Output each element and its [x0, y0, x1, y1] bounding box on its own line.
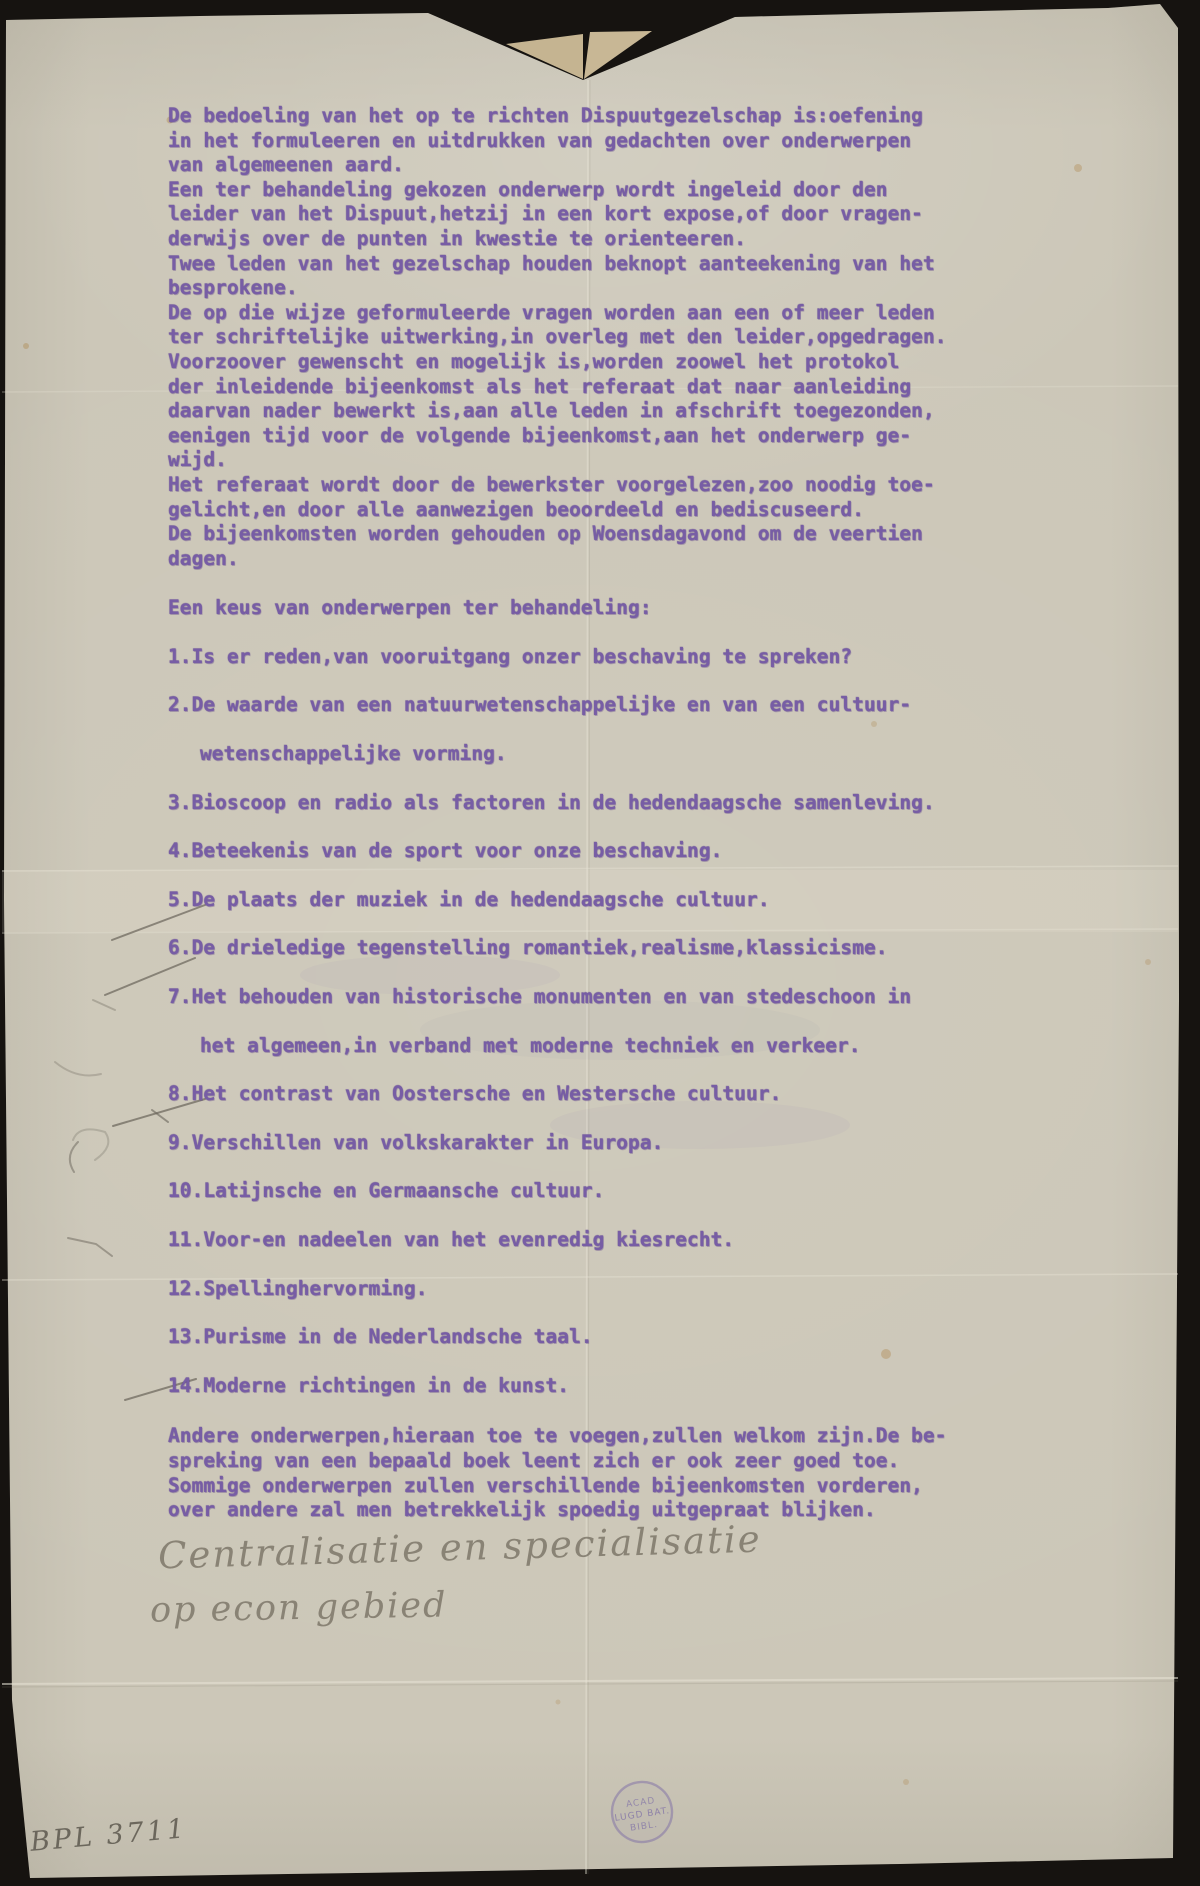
foxing-spot: [903, 1779, 909, 1785]
typed-line: Het referaat wordt door de bewerkster vo…: [168, 473, 1018, 498]
typed-line: Andere onderwerpen,hieraan toe te voegen…: [168, 1424, 1018, 1449]
foxing-spot: [556, 1700, 561, 1705]
typed-line: daarvan nader bewerkt is,aan alle leden …: [168, 399, 1018, 424]
typed-line: Twee leden van het gezelschap houden bek…: [168, 252, 1018, 277]
typed-line: 2.De waarde van een natuurwetenschappeli…: [168, 693, 1018, 718]
pencil-mark-item-9: [70, 1142, 78, 1172]
topics-list: 1.Is er reden,van vooruitgang onzer besc…: [168, 645, 1018, 1399]
typed-line: 14.Moderne richtingen in de kunst.: [168, 1374, 1018, 1399]
foxing-spot: [1145, 959, 1151, 965]
typed-line: 5.De plaats der muziek in de hedendaagsc…: [168, 888, 1018, 913]
intro-paragraphs: De bedoeling van het op te richten Dispu…: [168, 104, 1018, 571]
typed-line: wetenschappelijke vorming.: [168, 742, 1018, 767]
typed-line: De op die wijze geformuleerde vragen wor…: [168, 301, 1018, 326]
typed-line: 12.Spellinghervorming.: [168, 1277, 1018, 1302]
pencil-mark-item-7: [93, 1000, 115, 1010]
typed-line: 10.Latijnsche en Germaansche cultuur.: [168, 1179, 1018, 1204]
foxing-spot: [1074, 164, 1082, 172]
typed-line: ter schriftelijke uitwerking,in overleg …: [168, 325, 1018, 350]
typed-line: De bedoeling van het op te richten Dispu…: [168, 104, 1018, 129]
typed-line: dagen.: [168, 547, 1018, 572]
typed-line: 3.Bioscoop en radio als factoren in de h…: [168, 791, 1018, 816]
typed-line: in het formuleeren en uitdrukken van ged…: [168, 129, 1018, 154]
typed-line: 8.Het contrast van Oostersche en Westers…: [168, 1082, 1018, 1107]
typed-line: het algemeen,in verband met moderne tech…: [168, 1034, 1018, 1059]
foxing-spot: [23, 343, 29, 349]
typed-line: Sommige onderwerpen zullen verschillende…: [168, 1474, 1018, 1499]
pencil-curl: [73, 1129, 108, 1160]
typed-line: 9.Verschillen van volkskarakter in Europ…: [168, 1131, 1018, 1156]
topics-list-heading: Een keus van onderwerpen ter behandeling…: [168, 596, 1018, 621]
typed-line: De bijeenkomsten worden gehouden op Woen…: [168, 522, 1018, 547]
typed-line: Een ter behandeling gekozen onderwerp wo…: [168, 178, 1018, 203]
typed-line: 7.Het behouden van historische monumente…: [168, 985, 1018, 1010]
typed-line: gelicht,en door alle aanwezigen beoordee…: [168, 498, 1018, 523]
fold-triangle-right: [584, 31, 652, 79]
typed-line: 11.Voor-en nadeelen van het evenredig ki…: [168, 1228, 1018, 1253]
typed-line: 13.Purisme in de Nederlandsche taal.: [168, 1325, 1018, 1350]
pencil-mark-item-11: [68, 1238, 112, 1256]
typed-line: leider van het Dispuut,hetzij in een kor…: [168, 202, 1018, 227]
typed-text-block: De bedoeling van het op te richten Dispu…: [168, 104, 1018, 1523]
typed-line: 6.De drieledige tegenstelling romantiek,…: [168, 936, 1018, 961]
handwritten-note-line-2: op econ gebied: [150, 1585, 448, 1630]
closing-paragraph: Andere onderwerpen,hieraan toe te voegen…: [168, 1424, 1018, 1522]
typed-line: besprokene.: [168, 276, 1018, 301]
typed-line: 1.Is er reden,van vooruitgang onzer besc…: [168, 645, 1018, 670]
typed-line: wijd.: [168, 448, 1018, 473]
fold-crease-horizontal-5: [2, 1678, 1178, 1684]
typed-line: over andere zal men betrekkelijk spoedig…: [168, 1498, 1018, 1523]
typed-line: spreking van een bepaald boek leent zich…: [168, 1449, 1018, 1474]
fold-triangle-left: [506, 34, 583, 79]
typed-line: derwijs over de punten in kwestie te ori…: [168, 227, 1018, 252]
pencil-squiggle: [55, 1062, 101, 1076]
typed-line: 4.Beteekenis van de sport voor onze besc…: [168, 839, 1018, 864]
typed-line: van algemeenen aard.: [168, 153, 1018, 178]
typed-line: der inleidende bijeenkomst als het refer…: [168, 375, 1018, 400]
typed-line: Voorzoover gewenscht en mogelijk is,word…: [168, 350, 1018, 375]
scanned-document-screenshot: { "typed": { "intro_lines": [ "De bedoel…: [0, 0, 1200, 1886]
library-stamp: ACAD LUGD BAT. BIBL.: [608, 1778, 676, 1846]
typed-line: eenigen tijd voor de volgende bijeenkoms…: [168, 424, 1018, 449]
